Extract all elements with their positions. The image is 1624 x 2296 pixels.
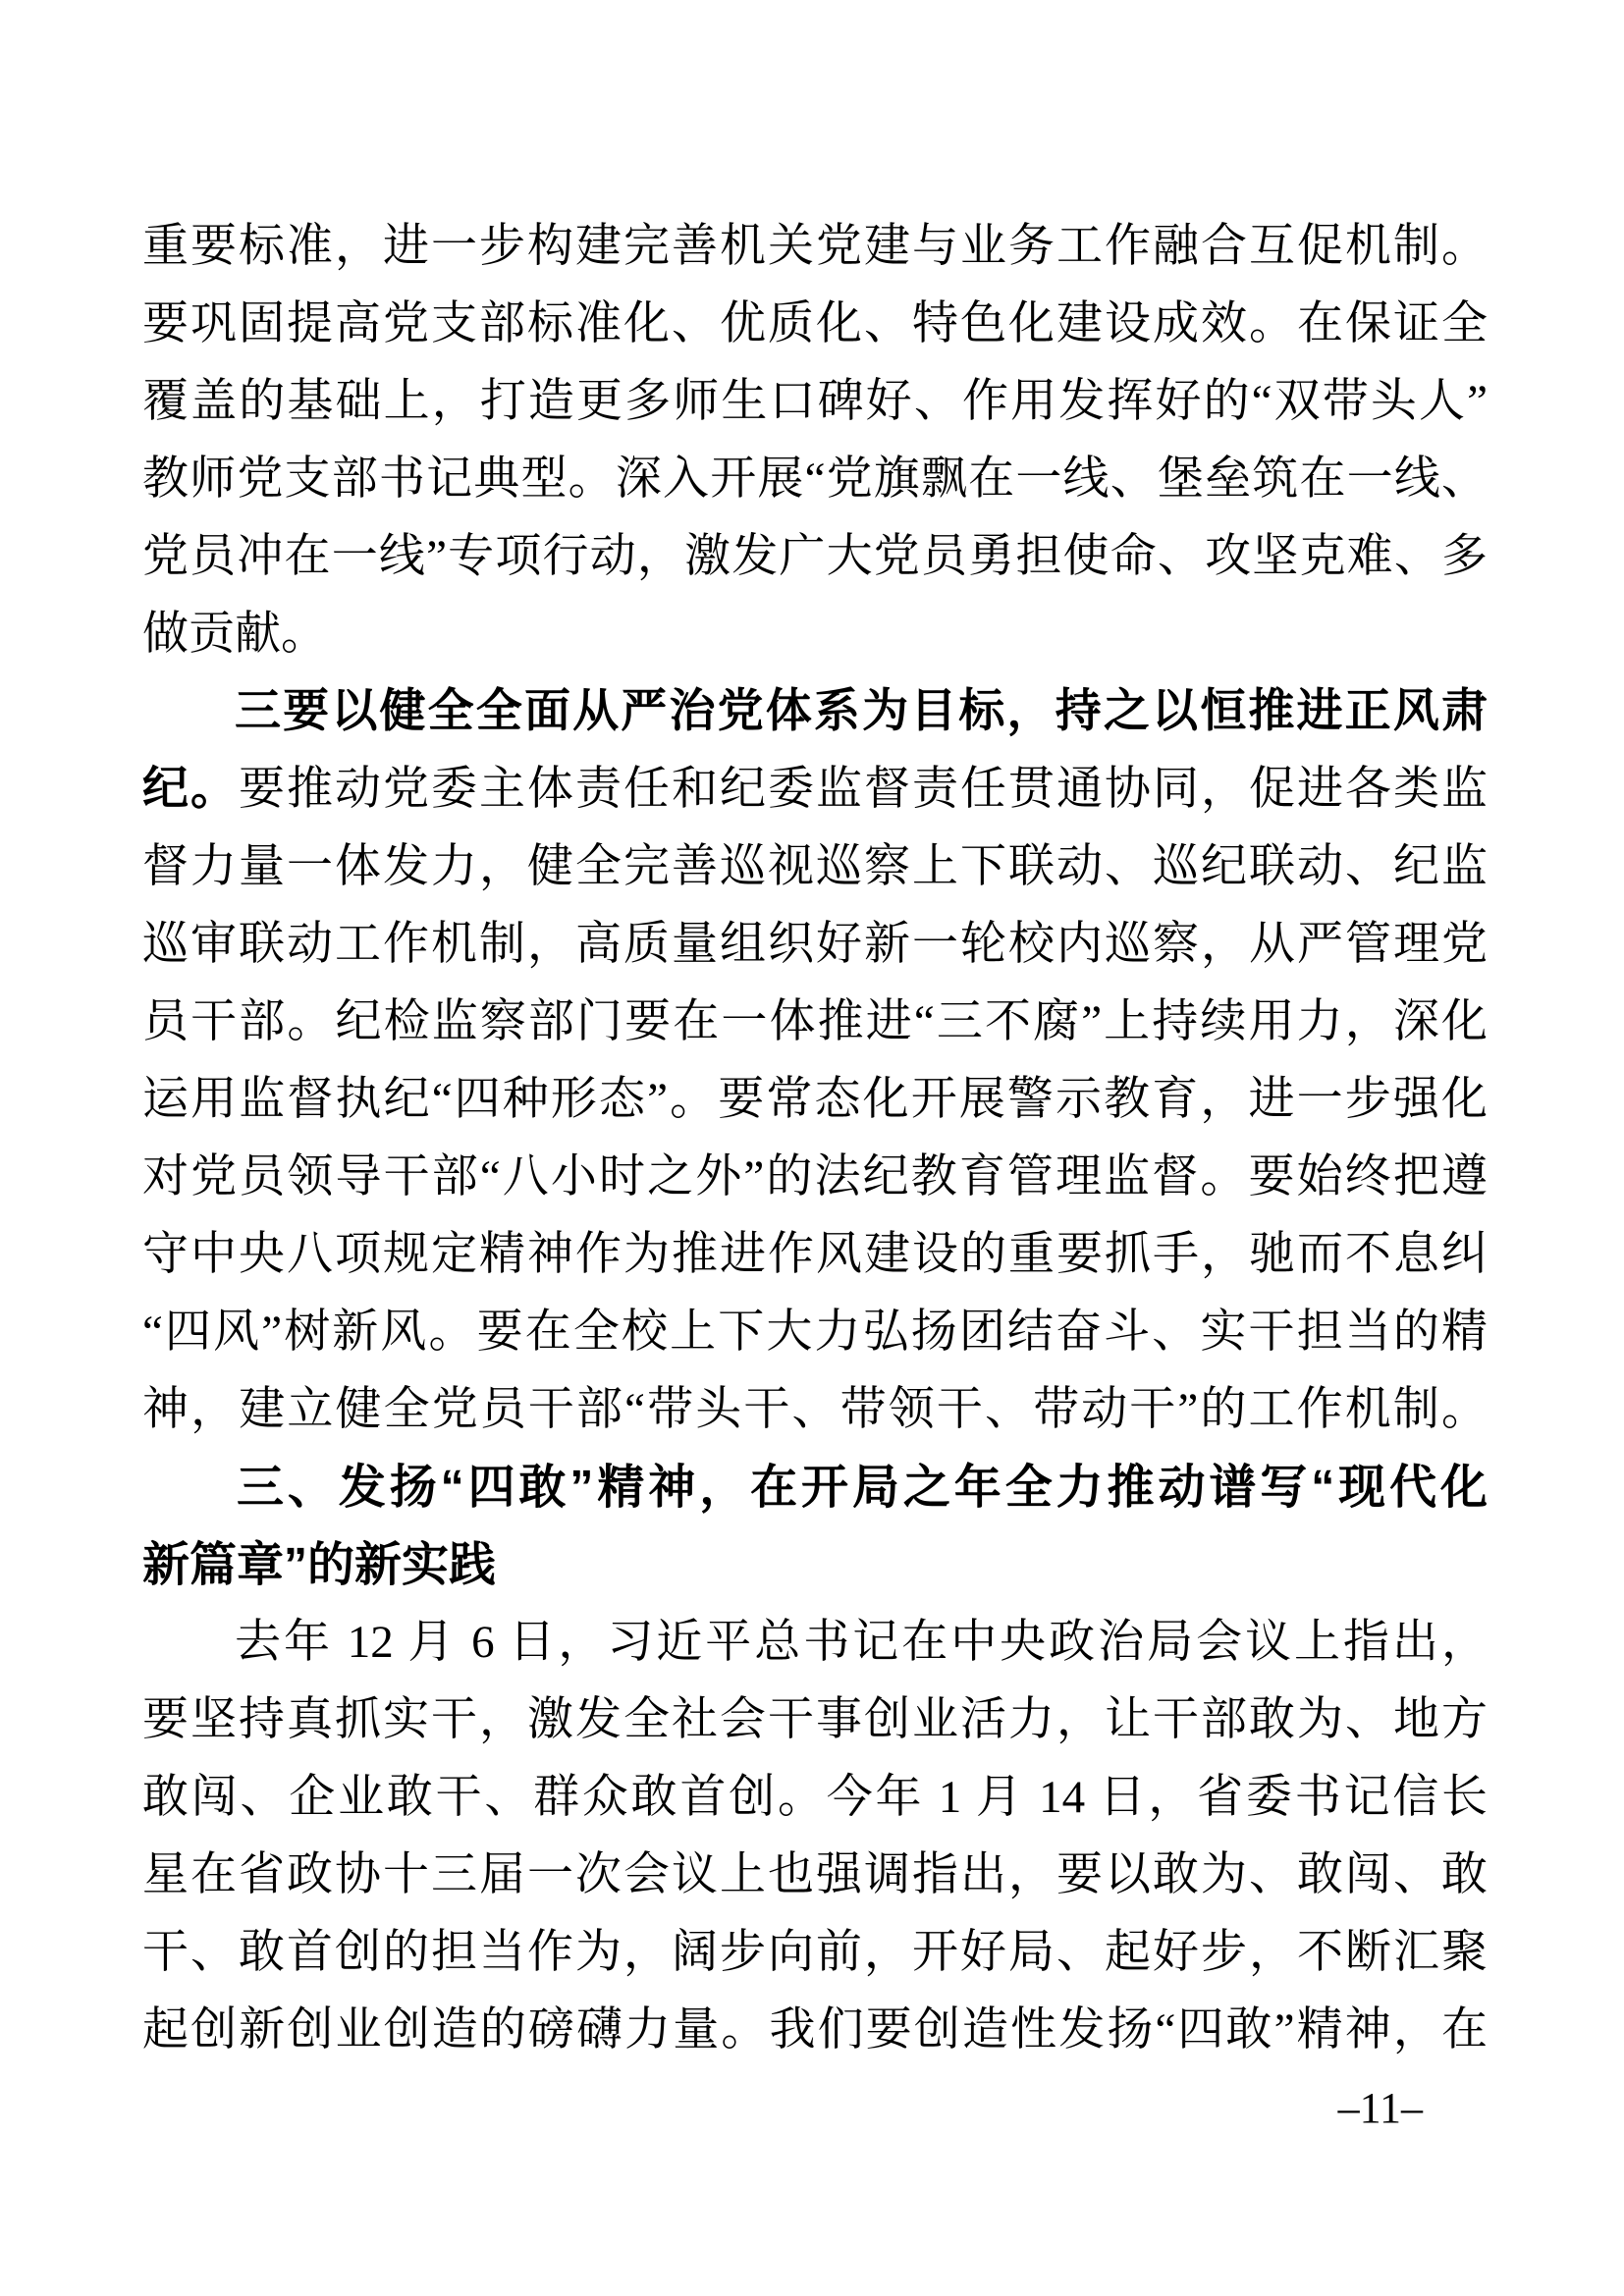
para1-line-5: 党员冲在一线”专项行动，激发广大党员勇担使命、攻坚克难、多 [142,518,1488,596]
text-block: 重要标准，进一步构建完善机关党建与业务工作融合互促机制。 要巩固提高党支部标准化… [142,208,1488,2069]
para2-line-3: 督力量一体发力，健全完善巡视巡察上下联动、巡纪联动、纪监 [142,828,1488,906]
section-heading-line-1: 三、发扬“四敢”精神，在开局之年全力推动谱写“现代化 [142,1449,1488,1526]
para3-line-2: 要坚持真抓实干，激发全社会干事创业活力，让干部敢为、地方 [142,1682,1488,1759]
para1-line-6: 做贡献。 [142,596,1488,673]
para1-line-1: 重要标准，进一步构建完善机关党建与业务工作融合互促机制。 [142,208,1488,286]
para2-line-6: 运用监督执纪“四种形态”。要常态化开展警示教育，进一步强化 [142,1061,1488,1139]
para3-line-1: 去年 12 月 6 日，习近平总书记在中央政治局会议上指出， [142,1604,1488,1682]
para2-line-4: 巡审联动工作机制，高质量组织好新一轮校内巡察，从严管理党 [142,906,1488,984]
para3-line-6: 起创新创业创造的磅礴力量。我们要创造性发扬“四敢”精神，在 [142,1992,1488,2069]
para2-line-9: “四风”树新风。要在全校上下大力弘扬团结奋斗、实干担当的精 [142,1294,1488,1371]
para2-line-2-rest: 要推动党委主体责任和纪委监督责任贯通协同，促进各类监 [239,764,1488,815]
section-heading-line-2: 新篇章”的新实践 [142,1526,1488,1604]
para1-line-3: 覆盖的基础上，打造更多师生口碑好、作用发挥好的“双带头人” [142,363,1488,441]
page-number: –11– [1338,2079,1423,2138]
para2-lead-tail: 纪。 [142,764,239,815]
para1-line-2: 要巩固提高党支部标准化、优质化、特色化建设成效。在保证全 [142,286,1488,363]
para2-line-5: 员干部。纪检监察部门要在一体推进“三不腐”上持续用力，深化 [142,984,1488,1061]
para3-line-5: 干、敢首创的担当作为，阔步向前，开好局、起好步，不断汇聚 [142,1914,1488,1992]
para2-line-7: 对党员领导干部“八小时之外”的法纪教育管理监督。要始终把遵 [142,1139,1488,1216]
para2-line-10: 神，建立健全党员干部“带头干、带领干、带动干”的工作机制。 [142,1371,1488,1449]
para1-line-4: 教师党支部书记典型。深入开展“党旗飘在一线、堡垒筑在一线、 [142,441,1488,518]
para2-line-8: 守中央八项规定精神作为推进作风建设的重要抓手，驰而不息纠 [142,1216,1488,1294]
para3-line-3: 敢闯、企业敢干、群众敢首创。今年 1 月 14 日，省委书记信长 [142,1759,1488,1837]
para3-line-4: 星在省政协十三届一次会议上也强调指出，要以敢为、敢闯、敢 [142,1837,1488,1914]
para2-lead-line: 三要以健全全面从严治党体系为目标，持之以恒推进正风肃 [142,673,1488,751]
para2-line-2: 纪。要推动党委主体责任和纪委监督责任贯通协同，促进各类监 [142,751,1488,828]
document-page: 重要标准，进一步构建完善机关党建与业务工作融合互促机制。 要巩固提高党支部标准化… [0,0,1624,2296]
